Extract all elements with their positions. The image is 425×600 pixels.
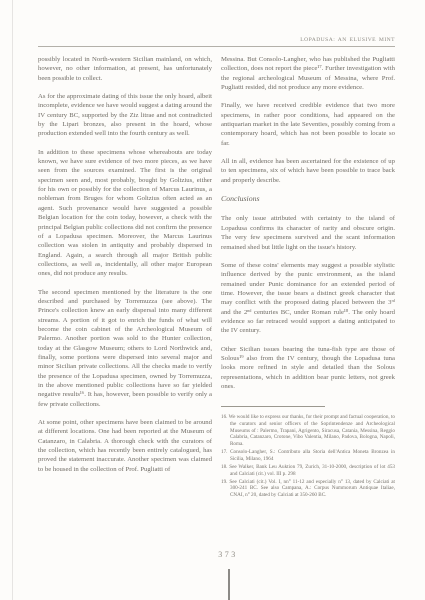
header-rule [38,46,395,47]
body-paragraph: Other Sicilian issues bearing the tuna-f… [221,345,395,392]
body-paragraph: At some point, other specimens have been… [38,418,212,474]
body-paragraph: As for the approximate dating of this is… [38,92,212,139]
body-paragraph: Finally, we have received credible evide… [221,101,395,148]
body-paragraph: Some of these coins' elements may sugges… [221,261,395,336]
body-paragraph: The only issue attributed with certainty… [221,214,395,251]
footnote: 19. See Calciati (cit.) Vol. I, nn° 11-1… [221,479,395,499]
body-paragraph: In addition to these specimens whose whe… [38,148,212,279]
footnote-separator-rule [221,406,325,407]
body-paragraph: possibly located in North-western Sicili… [38,55,212,83]
page-number: 373 [218,550,238,559]
footnote: 18. See Walker, Bank Leu Auktion 79, Zur… [221,464,395,477]
footer-vertical-mark [228,569,230,600]
body-paragraph: The second specimen mentioned by the lit… [38,288,212,409]
scanned-paper-page: LOPADUSA: AN ELUSIVE MINT possibly locat… [0,0,425,600]
footnote: 16. We would like to express our thanks,… [221,414,395,447]
footnote: 17. Consolo-Langher, S.: Contributo alla… [221,449,395,462]
footnotes-block: 16. We would like to express our thanks,… [221,414,395,498]
left-column: possibly located in North-western Sicili… [38,55,212,500]
scan-edge-line [12,0,13,600]
running-title: LOPADUSA: AN ELUSIVE MINT [300,37,395,43]
body-paragraph: Messina. But Consolo-Langher, who has pu… [221,55,395,92]
body-paragraph: All in all, evidence has been ascertaine… [221,157,395,185]
text-columns: possibly located in North-western Sicili… [38,55,395,500]
section-heading-conclusions: Conclusions [221,194,395,203]
right-column: Messina. But Consolo-Langher, who has pu… [221,55,395,500]
